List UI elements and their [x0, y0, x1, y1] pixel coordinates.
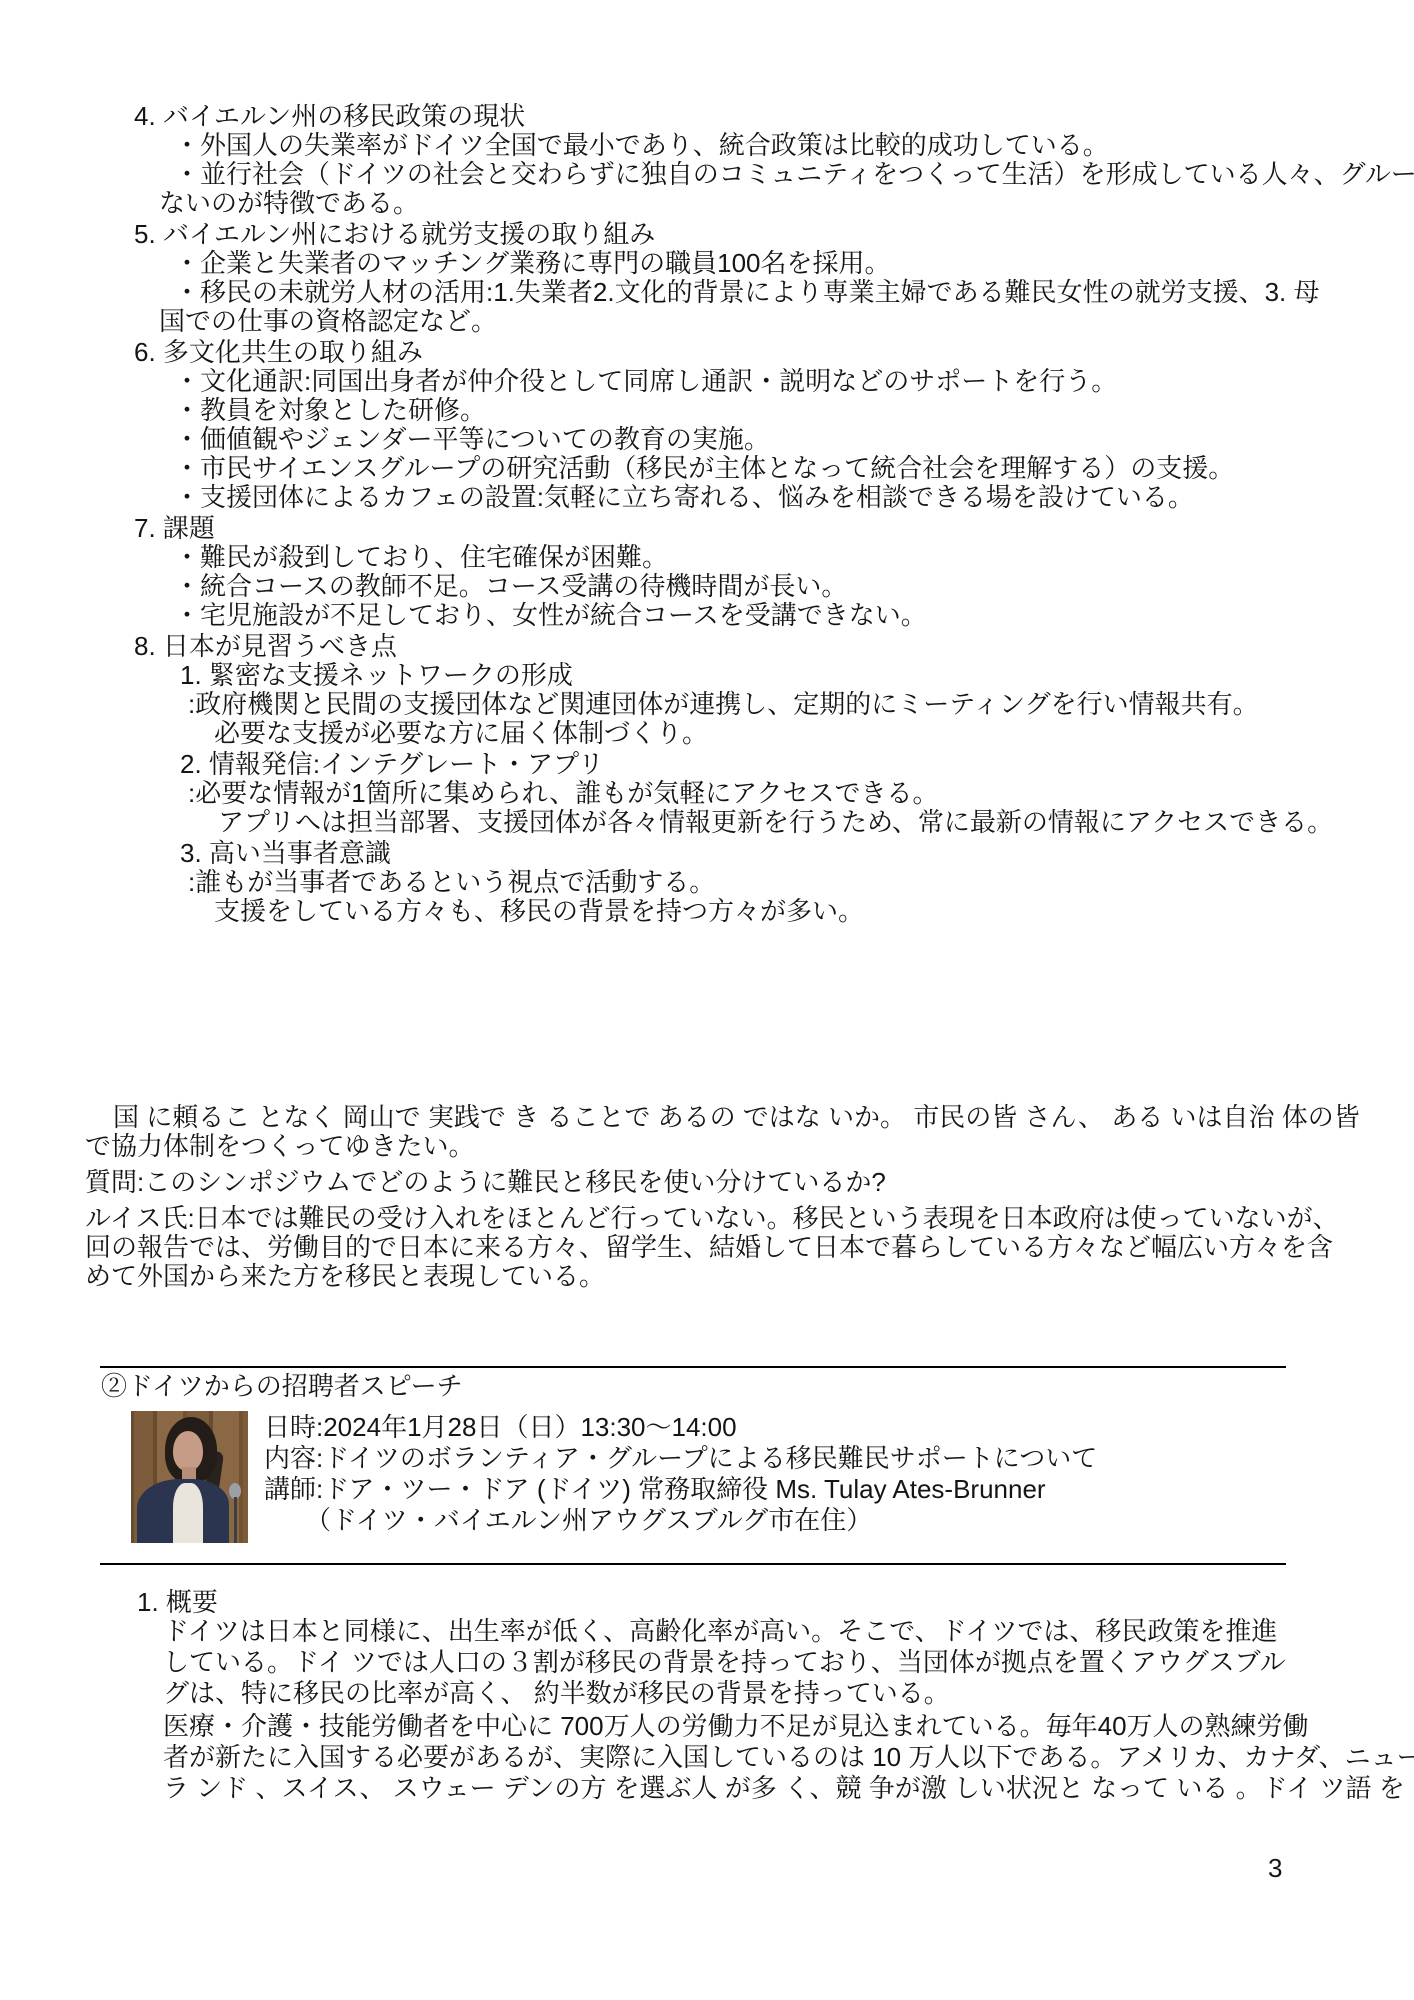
item8-sub2: 2. 情報発信:インテグレート・アプリ	[180, 749, 604, 779]
speaker-photo	[131, 1411, 248, 1543]
item8-sub1-note2: 必要な支援が必要な方に届く体制づくり。	[214, 718, 708, 748]
item8-sub1-note: :政府機関と民間の支援団体など関連団体が連携し、定期的にミーティングを行い情報共…	[188, 689, 1259, 719]
item5-heading: 5. バイエルン州における就労支援の取り組み	[134, 219, 655, 249]
overview-line3: グは、特に移民の比率が高く、 約半数が移民の背景を持っている。	[163, 1678, 950, 1708]
item6-bullet-1: ・文化通訳:同国出身者が仲介役として同席し通訳・説明などのサポートを行う。	[174, 366, 1117, 396]
microphone-stand	[234, 1497, 237, 1543]
overview-line2: している。ドイ ツでは人口の３割が移民の背景を持っており、当団体が拠点を置くアウ…	[163, 1647, 1286, 1677]
answer-line1: ルイス氏:日本では難民の受け入れをほとんど行っていない。移民という表現を日本政府…	[85, 1203, 1339, 1233]
item7-bullet-3: ・宅児施設が不足しており、女性が統合コースを受講できない。	[174, 600, 927, 630]
item5-bullet-2: ・移民の未就労人材の活用:1.失業者2.文化的背景により専業主婦である難民女性の…	[174, 277, 1320, 307]
item8-sub3: 3. 高い当事者意識	[180, 838, 391, 868]
item4-heading: 4. バイエルン州の移民政策の現状	[134, 101, 525, 131]
item4-bullet-2: ・並行社会（ドイツの社会と交わらずに独自のコミュニティをつくって生活）を形成して…	[174, 159, 1414, 189]
item8-sub3-note2: 支援をしている方々も、移民の背景を持つ方々が多い。	[214, 896, 864, 926]
item7-heading: 7. 課題	[134, 513, 215, 543]
overview-line1: ドイツは日本と同様に、出生率が低く、高齢化率が高い。そこで、ドイツでは、移民政策…	[163, 1616, 1277, 1646]
overview-heading: 1. 概要	[137, 1587, 218, 1617]
speech2-datetime: 日時:2024年1月28日（日）13:30～14:00	[264, 1412, 737, 1442]
answer-line2: 回の報告では、労働目的で日本に来る方々、留学生、結婚して日本で暮らしている方々な…	[85, 1232, 1333, 1262]
item5-bullet-1: ・企業と失業者のマッチング業務に専門の職員100名を採用。	[174, 248, 891, 278]
item4-bullet-2-wrap: ないのが特徴である。	[159, 188, 419, 218]
speech2-lecturer: 講師:ドア・ツー・ドア (ドイツ) 常務取締役 Ms. Tulay Ates-B…	[264, 1474, 1046, 1504]
item6-bullet-3: ・価値観やジェンダー平等についての教育の実施。	[174, 424, 770, 454]
item4-bullet-1: ・外国人の失業率がドイツ全国で最小であり、統合政策は比較的成功している。	[174, 130, 1109, 160]
item6-bullet-4: ・市民サイエンスグループの研究活動（移民が主体となって統合社会を理解する）の支援…	[174, 453, 1234, 483]
section-divider-top	[100, 1366, 1286, 1368]
speech2-content: 内容:ドイツのボランティア・グループによる移民難民サポートについて	[264, 1443, 1097, 1473]
item7-bullet-1: ・難民が殺到しており、住宅確保が困難。	[174, 542, 668, 572]
item6-heading: 6. 多文化共生の取り組み	[134, 337, 423, 367]
page-number: 3	[1268, 1853, 1282, 1883]
speech2-heading: ②ドイツからの招聘者スピーチ	[101, 1371, 463, 1401]
item8-sub2-note: :必要な情報が1箇所に集められ、誰もが気軽にアクセスできる。	[188, 778, 938, 808]
closing-para-line1: 国 に頼るこ となく 岡山で 実践で き ることで あるの ではな いか。 市民…	[113, 1102, 1360, 1132]
section-divider-bottom	[100, 1563, 1286, 1565]
item8-sub3-note: :誰もが当事者であるという視点で活動する。	[188, 867, 715, 897]
speaker-face	[173, 1431, 203, 1471]
item8-sub2-note2: アプリへは担当部署、支援団体が各々情報更新を行うため、常に最新の情報にアクセスで…	[218, 807, 1333, 837]
speaker-shirt	[173, 1483, 203, 1543]
item8-sub1: 1. 緊密な支援ネットワークの形成	[180, 660, 573, 690]
answer-line3: めて外国から来た方を移民と表現している。	[85, 1261, 605, 1291]
item6-bullet-2: ・教員を対象とした研修。	[174, 395, 486, 425]
overview-line4: 医療・介護・技能労働者を中心に 700万人の労働力不足が見込まれている。毎年40…	[163, 1711, 1309, 1741]
speech2-residence: （ドイツ・バイエルン州アウグスブルグ市在住）	[305, 1505, 872, 1535]
item6-bullet-5: ・支援団体によるカフェの設置:気軽に立ち寄れる、悩みを相談できる場を設けている。	[174, 482, 1194, 512]
question-line: 質問:このシンポジウムでどのように難民と移民を使い分けているか?	[85, 1167, 886, 1197]
item5-bullet-2-wrap: 国での仕事の資格認定など。	[159, 306, 497, 336]
overview-line6: ラ ンド 、スイス、 スウェー デンの方 を選ぶ人 が多 く、競 争が激 しい状…	[163, 1773, 1405, 1803]
closing-para-line2: で協力体制をつくってゆきたい。	[85, 1131, 474, 1161]
item8-heading: 8. 日本が見習うべき点	[134, 631, 397, 661]
overview-line5: 者が新たに入国する必要があるが、実際に入国しているのは 10 万人以下である。ア…	[163, 1742, 1414, 1772]
document-page: { "document": { "page_number": "3", "pho…	[0, 0, 1414, 2000]
item7-bullet-2: ・統合コースの教師不足。コース受講の待機時間が長い。	[174, 571, 847, 601]
